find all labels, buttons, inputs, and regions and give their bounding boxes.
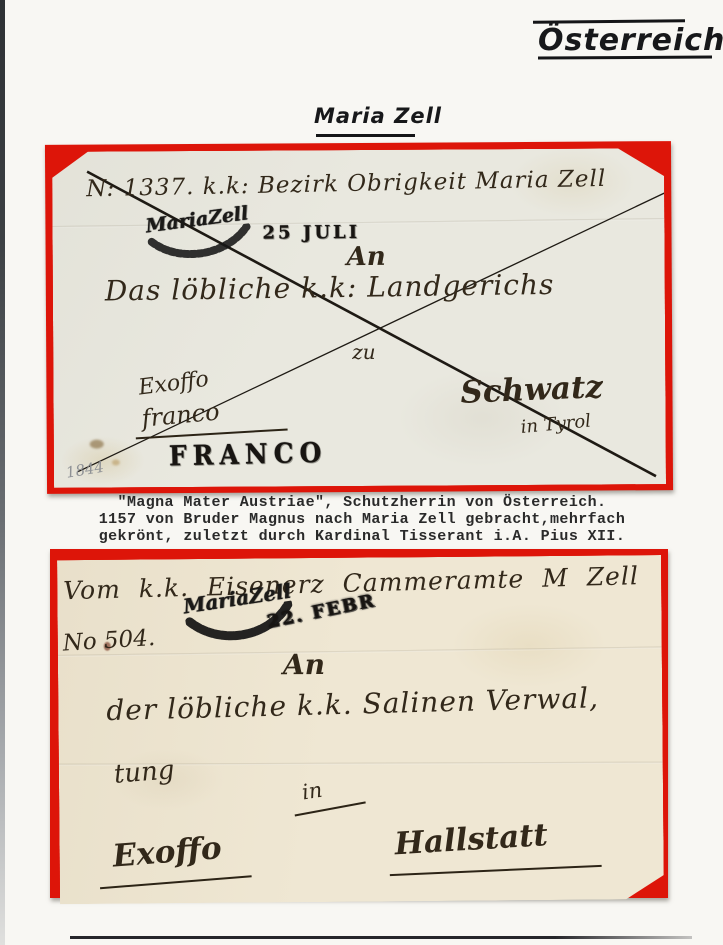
cover1-oval-postmark: MariaZell bbox=[145, 205, 251, 270]
cover2-number-note: No 504. bbox=[62, 627, 156, 656]
caption-line2: 1157 von Bruder Magnus nach Maria Zell g… bbox=[62, 511, 662, 528]
cover2-franchise-underline bbox=[100, 875, 252, 889]
cover1-red-mount: N: 1337. k.k: Bezirk Obrigkeit Maria Zel… bbox=[45, 141, 673, 494]
cover1-envelope: N: 1337. k.k: Bezirk Obrigkeit Maria Zel… bbox=[52, 148, 666, 488]
cover1-destination: Schwatz bbox=[460, 372, 604, 409]
caption-line3: gekrönt, zuletzt durch Kardinal Tisseran… bbox=[62, 528, 662, 545]
cover2-destination: Hallstatt bbox=[394, 820, 549, 860]
cover1-address: Das löbliche k.k: Landgerichs bbox=[105, 271, 555, 306]
page-title: Maria Zell bbox=[314, 104, 442, 128]
cover1-franchise-note1: Exoffo bbox=[137, 369, 210, 400]
country-heading: Österreich bbox=[538, 23, 723, 58]
album-page: Österreich Maria Zell N: 1337. k.k: Bezi… bbox=[0, 0, 723, 945]
page-title-underline bbox=[316, 134, 415, 137]
cover1-connector: zu bbox=[352, 342, 376, 362]
cover2-salutation: An bbox=[283, 651, 325, 679]
cover1-salutation: An bbox=[347, 244, 386, 270]
cover2-address-line2: tung bbox=[113, 757, 175, 788]
cover2-red-mount: Vom k.k. Eisenerz Cammeramte M Zell No 5… bbox=[50, 549, 668, 898]
cover1-franchise-note2: franco bbox=[141, 400, 221, 431]
cover2-envelope: Vom k.k. Eisenerz Cammeramte M Zell No 5… bbox=[57, 555, 664, 904]
cover2-connector: in bbox=[301, 780, 324, 804]
scan-edge-left bbox=[0, 0, 5, 945]
cover1-endorsement: N: 1337. k.k: Bezirk Obrigkeit Maria Zel… bbox=[86, 168, 606, 201]
country-heading-rule-bottom bbox=[538, 56, 712, 60]
cover1-stain bbox=[90, 440, 104, 449]
cover1-franco-stamp: FRANCO bbox=[169, 439, 328, 470]
cover2-franchise-note: Exoffo bbox=[112, 833, 223, 872]
cover1-destination-region: in Tyrol bbox=[520, 413, 592, 437]
cover2-destination-underline bbox=[390, 865, 602, 876]
cover1-datestamp: 25 JULI bbox=[262, 224, 360, 243]
cover2-address-line1: der löbliche k.k. Salinen Verwal, bbox=[106, 684, 599, 725]
caption-line1: "Magna Mater Austriae", Schutzherrin von… bbox=[62, 494, 662, 511]
cover1-pencil-year: 1844 bbox=[65, 460, 105, 481]
cover1-stain bbox=[112, 459, 120, 465]
scan-edge-bottom bbox=[70, 936, 692, 939]
caption-block: "Magna Mater Austriae", Schutzherrin von… bbox=[62, 494, 662, 545]
